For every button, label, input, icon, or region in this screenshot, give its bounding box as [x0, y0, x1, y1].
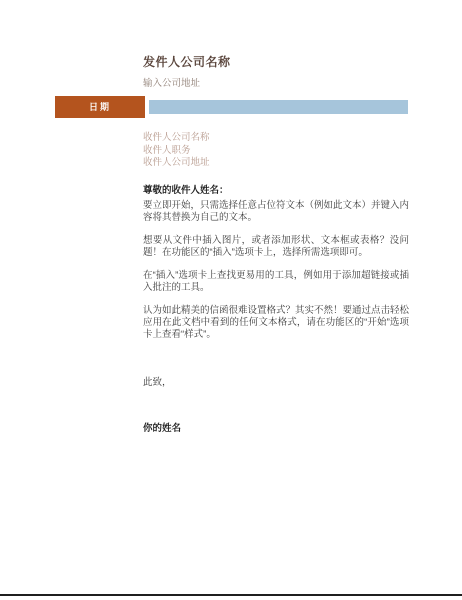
body-paragraph-4[interactable]: 认为如此精美的信函很难设置格式？其实不然！要通过点击轻松应用在此文档中看到的任何…: [143, 305, 409, 341]
decorative-accent-bar: [149, 100, 408, 114]
body-paragraph-1[interactable]: 要立即开始，只需选择任意占位符文本（例如此文本）并键入内容将其替换为自己的文本。: [143, 200, 409, 224]
recipient-company-name-placeholder[interactable]: 收件人公司名称: [143, 132, 408, 145]
closing-line[interactable]: 此致，: [143, 374, 408, 388]
recipient-title-placeholder[interactable]: 收件人职务: [143, 145, 408, 158]
letter-page: 发件人公司名称 输入公司地址 日期 收件人公司名称 收件人职务 收件人公司地址 …: [0, 0, 462, 600]
signature-name-placeholder[interactable]: 你的姓名: [143, 420, 408, 434]
letter-body: 要立即开始，只需选择任意占位符文本（例如此文本）并键入内容将其替换为自己的文本。…: [143, 200, 409, 352]
page-bottom-border: [0, 594, 462, 596]
salutation-line[interactable]: 尊敬的收件人姓名：: [143, 182, 408, 196]
recipient-company-address-placeholder[interactable]: 收件人公司地址: [143, 157, 408, 170]
sender-company-address-placeholder[interactable]: 输入公司地址: [143, 75, 408, 89]
sender-company-name-placeholder[interactable]: 发件人公司名称: [143, 53, 408, 70]
body-paragraph-3[interactable]: 在“插入”选项卡上查找更易用的工具，例如用于添加超链接或插入批注的工具。: [143, 270, 409, 294]
date-field[interactable]: 日期: [55, 96, 145, 118]
recipient-block: 收件人公司名称 收件人职务 收件人公司地址: [143, 132, 408, 170]
date-label: 日期: [89, 102, 111, 112]
body-paragraph-2[interactable]: 想要从文件中插入图片，或者添加形状、文本框或表格？没问题！在功能区的“插入”选项…: [143, 235, 409, 259]
